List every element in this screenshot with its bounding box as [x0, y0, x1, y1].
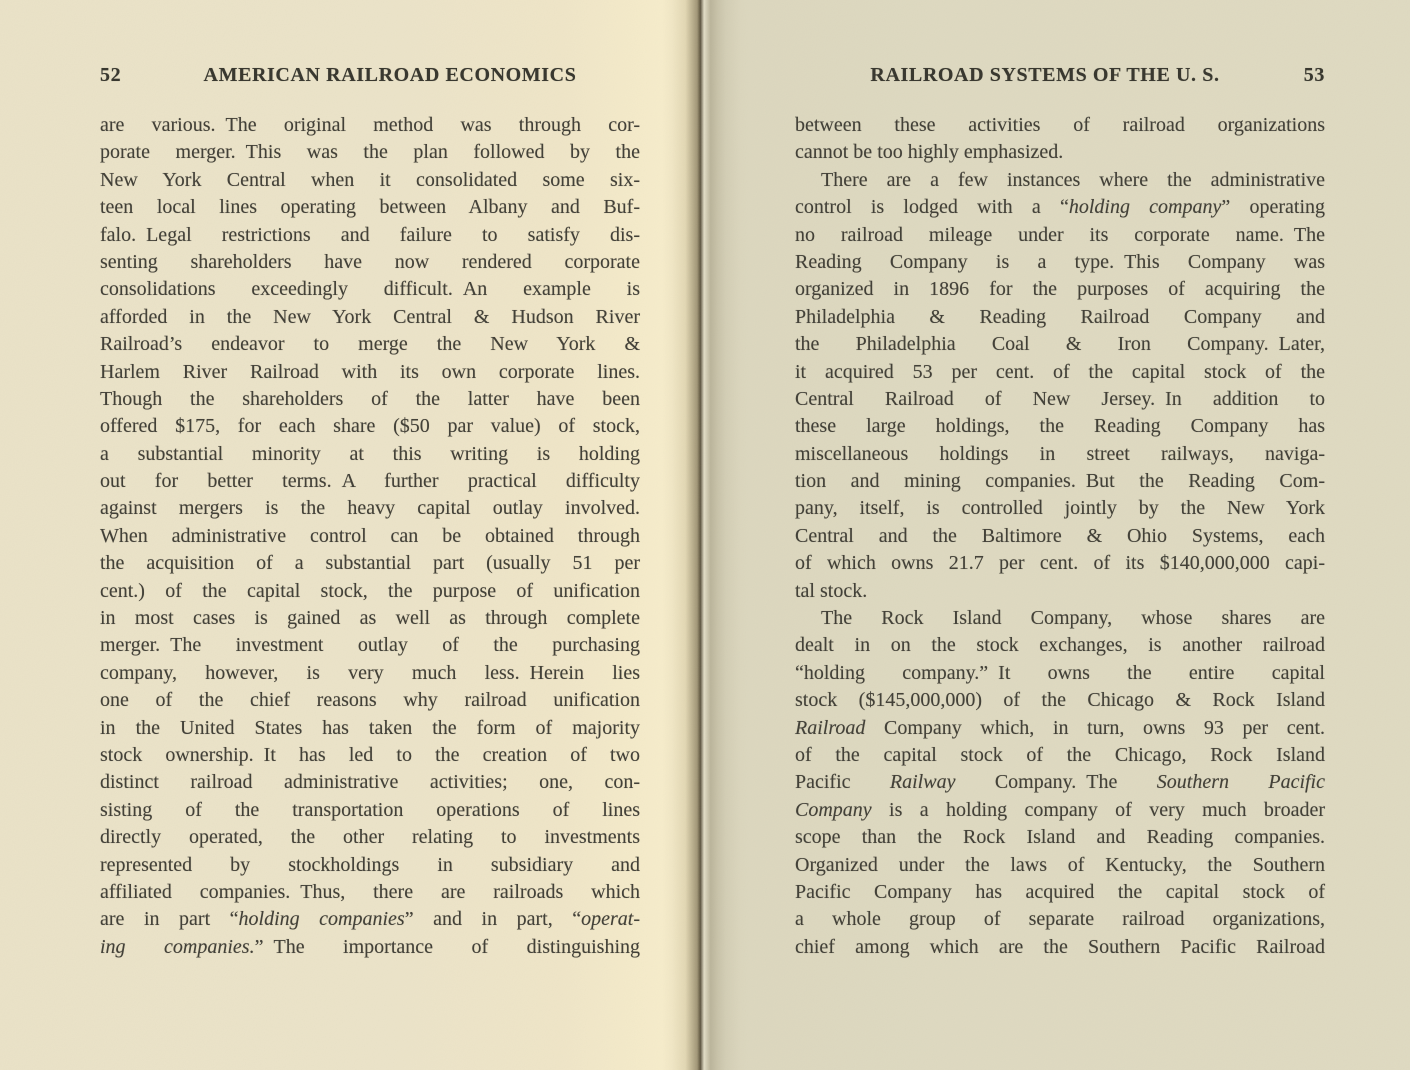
right-page: RAILROAD SYSTEMS OF THE U. S. 53 between… — [700, 0, 1410, 1070]
text-line: offered $175, for each share ($50 par va… — [100, 413, 640, 440]
text-line: tion and mining companies. But the Readi… — [795, 468, 1325, 495]
text-line: Pacific Company has acquired the capital… — [795, 879, 1325, 906]
text-line: afforded in the New York Central & Hudso… — [100, 304, 640, 331]
text-line: the acquisition of a substantial part (u… — [100, 550, 640, 577]
text-line: are in part “holding companies” and in p… — [100, 906, 640, 933]
text-line: between these activities of railroad org… — [795, 112, 1325, 139]
text-line: distinct railroad administrative activit… — [100, 769, 640, 796]
text-line: stock ownership. It has led to the creat… — [100, 742, 640, 769]
text-line: control is lodged with a “holding compan… — [795, 194, 1325, 221]
text-line: Central and the Baltimore & Ohio Systems… — [795, 523, 1325, 550]
text-line: Railroad Company which, in turn, owns 93… — [795, 715, 1325, 742]
text-line: senting shareholders have now rendered c… — [100, 249, 640, 276]
left-page-number: 52 — [100, 64, 121, 87]
text-line: There are a few instances where the admi… — [795, 167, 1325, 194]
text-line: are various. The original method was thr… — [100, 112, 640, 139]
text-line: Harlem River Railroad with its own corpo… — [100, 359, 640, 386]
text-line: ing companies.” The importance of distin… — [100, 934, 640, 961]
right-page-body: between these activities of railroad org… — [795, 112, 1325, 961]
text-line: porate merger. This was the plan followe… — [100, 139, 640, 166]
text-line: teen local lines operating between Alban… — [100, 194, 640, 221]
text-line: in the United States has taken the form … — [100, 715, 640, 742]
right-running-header: RAILROAD SYSTEMS OF THE U. S. 53 — [795, 64, 1325, 90]
text-line: in most cases is gained as well as throu… — [100, 605, 640, 632]
book-spread: 52 AMERICAN RAILROAD ECONOMICS are vario… — [0, 0, 1410, 1070]
text-line: the Philadelphia Coal & Iron Company. La… — [795, 331, 1325, 358]
right-header-title: RAILROAD SYSTEMS OF THE U. S. — [795, 64, 1325, 87]
text-line: falo. Legal restrictions and failure to … — [100, 222, 640, 249]
text-line: cannot be too highly emphasized. — [795, 139, 1325, 166]
left-page: 52 AMERICAN RAILROAD ECONOMICS are vario… — [0, 0, 700, 1070]
text-line: Pacific Railway Company. The Southern Pa… — [795, 769, 1325, 796]
text-line: represented by stockholdings in subsidia… — [100, 852, 640, 879]
text-line: out for better terms. A further practica… — [100, 468, 640, 495]
text-line: affiliated companies. Thus, there are ra… — [100, 879, 640, 906]
text-line: pany, itself, is controlled jointly by t… — [795, 495, 1325, 522]
text-line: The Rock Island Company, whose shares ar… — [795, 605, 1325, 632]
text-line: no railroad mileage under its corporate … — [795, 222, 1325, 249]
text-line: When administrative control can be obtai… — [100, 523, 640, 550]
text-line: a substantial minority at this writing i… — [100, 441, 640, 468]
text-line: directly operated, the other relating to… — [100, 824, 640, 851]
text-line: of the capital stock of the Chicago, Roc… — [795, 742, 1325, 769]
right-page-number: 53 — [1304, 64, 1325, 87]
text-line: company, however, is very much less. Her… — [100, 660, 640, 687]
text-line: Central Railroad of New Jersey. In addit… — [795, 386, 1325, 413]
text-line: a whole group of separate railroad organ… — [795, 906, 1325, 933]
text-line: Organized under the laws of Kentucky, th… — [795, 852, 1325, 879]
text-line: “holding company.” It owns the entire ca… — [795, 660, 1325, 687]
text-line: tal stock. — [795, 578, 1325, 605]
text-line: stock ($145,000,000) of the Chicago & Ro… — [795, 687, 1325, 714]
text-line: Reading Company is a type. This Company … — [795, 249, 1325, 276]
text-line: Though the shareholders of the latter ha… — [100, 386, 640, 413]
text-line: these large holdings, the Reading Compan… — [795, 413, 1325, 440]
text-line: New York Central when it consolidated so… — [100, 167, 640, 194]
text-line: against mergers is the heavy capital out… — [100, 495, 640, 522]
text-line: scope than the Rock Island and Reading c… — [795, 824, 1325, 851]
text-line: organized in 1896 for the purposes of ac… — [795, 276, 1325, 303]
text-line: chief among which are the Southern Pacif… — [795, 934, 1325, 961]
text-line: sisting of the transportation operations… — [100, 797, 640, 824]
text-line: Company is a holding company of very muc… — [795, 797, 1325, 824]
text-line: it acquired 53 per cent. of the capital … — [795, 359, 1325, 386]
text-line: Philadelphia & Reading Railroad Company … — [795, 304, 1325, 331]
text-line: cent.) of the capital stock, the purpose… — [100, 578, 640, 605]
text-line: consolidations exceedingly difficult. An… — [100, 276, 640, 303]
text-line: miscellaneous holdings in street railway… — [795, 441, 1325, 468]
left-running-header: 52 AMERICAN RAILROAD ECONOMICS — [100, 64, 640, 90]
text-line: Railroad’s endeavor to merge the New Yor… — [100, 331, 640, 358]
left-page-body: are various. The original method was thr… — [100, 112, 640, 961]
text-line: dealt in on the stock exchanges, is anot… — [795, 632, 1325, 659]
text-line: of which owns 21.7 per cent. of its $140… — [795, 550, 1325, 577]
text-line: merger. The investment outlay of the pur… — [100, 632, 640, 659]
text-line: one of the chief reasons why railroad un… — [100, 687, 640, 714]
left-header-title: AMERICAN RAILROAD ECONOMICS — [100, 64, 640, 87]
